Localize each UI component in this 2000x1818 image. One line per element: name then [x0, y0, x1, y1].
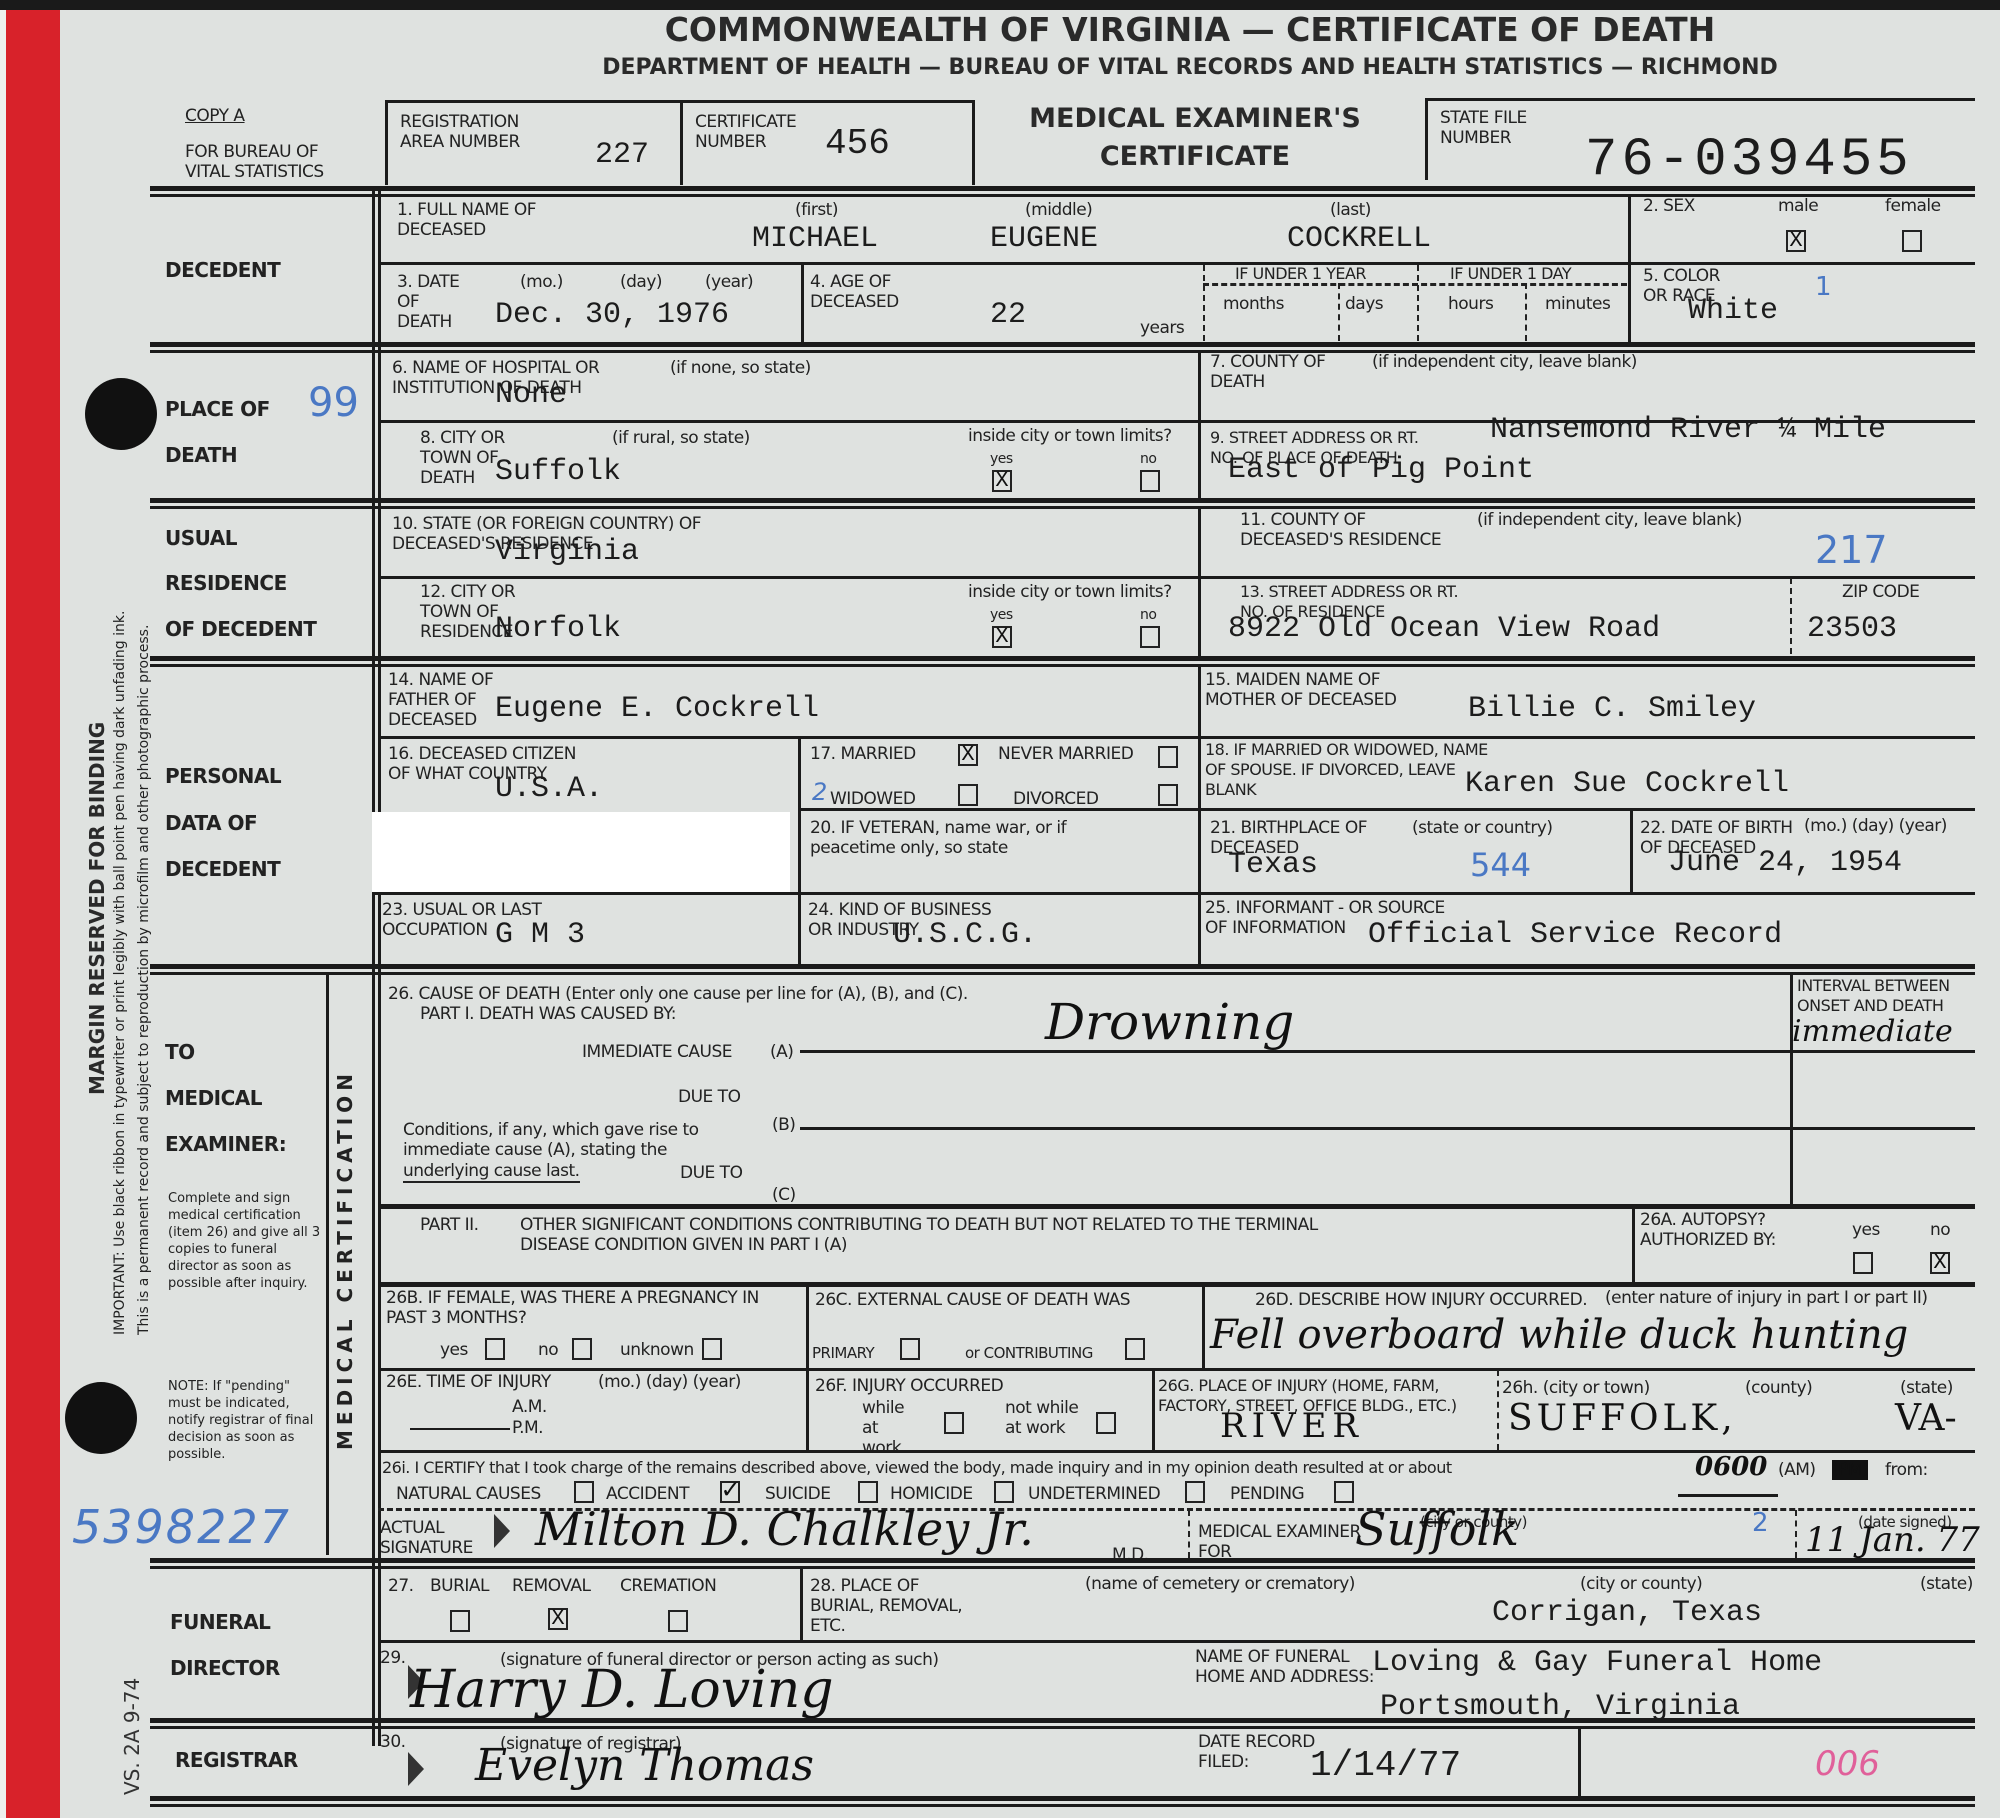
- dob-value: June 24, 1954: [1668, 846, 1902, 880]
- days-label: days: [1345, 294, 1383, 314]
- registrar-stamp: 006: [1815, 1744, 1880, 1784]
- describe-injury-label: 26d. DESCRIBE HOW INJURY OCCURRED.: [1255, 1290, 1587, 1310]
- autopsy-yes-label: yes: [1852, 1220, 1880, 1240]
- cemetery-hint: (name of cemetery or crematory): [1085, 1574, 1355, 1594]
- preg-unknown-checkbox[interactable]: [702, 1338, 722, 1360]
- manner-undetermined-checkbox[interactable]: [1185, 1481, 1205, 1503]
- res-inside-yes-checkbox[interactable]: X: [992, 626, 1012, 648]
- inside-no-label: no: [1140, 449, 1156, 469]
- cause-a-value: Drowning: [1045, 993, 1294, 1051]
- manner-accident-checkbox[interactable]: ✓: [720, 1481, 740, 1503]
- not-while-work-label: not while at work: [1005, 1398, 1095, 1438]
- punch-hole-top: [85, 378, 157, 450]
- preg-no-label: no: [538, 1340, 558, 1360]
- location-state-label: (state): [1900, 1378, 1953, 1398]
- certificate-title: COMMONWEALTH OF VIRGINIA — CERTIFICATE O…: [640, 10, 1740, 49]
- first-name: MICHAEL: [752, 222, 878, 256]
- manner-undetermined-label: UNDETERMINED: [1028, 1484, 1160, 1504]
- place-street-line1: Nansemond River ¼ Mile: [1490, 413, 1886, 447]
- dod-day-label: (day): [620, 272, 662, 292]
- immediate-cause-label: IMMEDIATE CAUSE: [582, 1042, 732, 1062]
- residence-county-code: 217: [1815, 528, 1888, 572]
- section-personal-2: DATA OF: [165, 811, 257, 835]
- inside-limits-label: inside city or town limits?: [968, 426, 1172, 446]
- handwritten-number: 5398227: [72, 1500, 291, 1554]
- middle-name: EUGENE: [990, 222, 1098, 256]
- hours-label: hours: [1448, 294, 1493, 314]
- primary-checkbox[interactable]: [900, 1338, 920, 1360]
- place-code: 99: [308, 380, 359, 426]
- registrar-signature: Evelyn Thomas: [475, 1740, 814, 1791]
- pregnancy-label: 26b. IF FEMALE, WAS THERE A PREGNANCY IN…: [386, 1288, 786, 1328]
- place-of-burial-value: Corrigan, Texas: [1492, 1596, 1762, 1630]
- hospital-hint: (if none, so state): [670, 358, 811, 378]
- injury-occurred-label: 26f. INJURY OCCURRED: [815, 1376, 1003, 1396]
- section-funeral-1: FUNERAL: [170, 1610, 270, 1634]
- due-to-label-2: DUE TO: [680, 1163, 742, 1183]
- me-instructions: Complete and sign medical certification …: [168, 1190, 328, 1292]
- residence-county-hint: (if independent city, leave blank): [1477, 510, 1742, 530]
- date-signed-value: 11 Jan. 77: [1805, 1520, 1980, 1560]
- punch-hole-bottom: [65, 1382, 137, 1454]
- signature-label: ACTUAL SIGNATURE: [380, 1518, 460, 1558]
- section-funeral-2: DIRECTOR: [170, 1656, 280, 1680]
- manner-pending-checkbox[interactable]: [1334, 1481, 1354, 1503]
- redacted-block: [372, 812, 790, 894]
- manner-natural-checkbox[interactable]: [574, 1481, 594, 1503]
- not-while-work-checkbox[interactable]: [1096, 1412, 1116, 1434]
- residence-street-value: 8922 Old Ocean View Road: [1228, 612, 1660, 646]
- manner-natural-label: NATURAL CAUSES: [396, 1484, 541, 1504]
- race-code: 1: [1815, 272, 1832, 302]
- section-to-me-2: MEDICAL: [165, 1086, 262, 1110]
- divorced-checkbox[interactable]: [1158, 784, 1178, 806]
- autopsy-yes-checkbox[interactable]: [1853, 1252, 1873, 1274]
- years-label: years: [1140, 318, 1184, 338]
- section-personal-3: DECEDENT: [165, 857, 280, 881]
- never-married-checkbox[interactable]: [1158, 746, 1178, 768]
- autopsy-no-label: no: [1930, 1220, 1950, 1240]
- preg-unknown-label: unknown: [620, 1340, 694, 1360]
- important-note-2: This is a permanent record and subject t…: [136, 625, 153, 1335]
- city-of-death-value: Suffolk: [495, 455, 621, 489]
- dod-year-label: (year): [705, 272, 753, 292]
- part1-label: PART I. DEATH WAS CAUSED BY:: [420, 1004, 676, 1024]
- binding-red-strip: [6, 10, 60, 1818]
- registrar-arrow-icon: [408, 1752, 424, 1786]
- inside-yes-label: yes: [990, 449, 1013, 469]
- birthplace-value: Texas: [1228, 848, 1318, 882]
- res-inside-no-label: no: [1140, 605, 1156, 625]
- dob-hint: (mo.) (day) (year): [1804, 816, 1947, 836]
- cremation-label: CREMATION: [620, 1576, 716, 1596]
- part2-text: OTHER SIGNIFICANT CONDITIONS CONTRIBUTIN…: [520, 1215, 1350, 1255]
- res-inside-limits-label: inside city or town limits?: [968, 582, 1172, 602]
- certificate-type: MEDICAL EXAMINER'S CERTIFICATE: [1010, 100, 1380, 176]
- sex-label: 2. SEX: [1643, 196, 1695, 216]
- residence-county-label: 11. COUNTY OF DECEASED'S RESIDENCE: [1240, 510, 1470, 550]
- cremation-checkbox[interactable]: [668, 1610, 688, 1632]
- location-county-label: (county): [1745, 1378, 1812, 1398]
- cause-a-label: (A): [770, 1042, 793, 1062]
- manner-homicide-label: HOMICIDE: [890, 1484, 973, 1504]
- section-decedent: DECEDENT: [165, 258, 280, 282]
- hospital-value: None: [495, 378, 567, 412]
- section-residence-1: USUAL: [165, 526, 237, 550]
- due-to-label-1: DUE TO: [678, 1087, 740, 1107]
- under-day-label: IF UNDER 1 DAY: [1450, 264, 1571, 284]
- certify-text: 26i. I CERTIFY that I took charge of the…: [382, 1458, 1672, 1478]
- registration-area-value: 227: [595, 138, 649, 172]
- section-to-me-3: EXAMINER:: [165, 1132, 286, 1156]
- middle-label: (middle): [1025, 200, 1092, 220]
- place-of-burial-label: 28. PLACE OF BURIAL, REMOVAL, ETC.: [810, 1576, 970, 1636]
- cause-b-label: (B): [772, 1115, 795, 1135]
- state-file-label: STATE FILE NUMBER: [1440, 108, 1550, 148]
- am-label: A.M.: [512, 1397, 547, 1417]
- mother-value: Billie C. Smiley: [1468, 692, 1756, 726]
- death-inside-no-checkbox[interactable]: [1140, 470, 1160, 492]
- county-of-death-label: 7. COUNTY OF DEATH: [1210, 352, 1340, 392]
- manner-accident-label: ACCIDENT: [606, 1484, 689, 1504]
- manner-homicide-checkbox[interactable]: [994, 1481, 1014, 1503]
- from-label: from:: [1885, 1460, 1928, 1480]
- external-cause-label: 26c. EXTERNAL CAUSE OF DEATH WAS: [815, 1290, 1130, 1310]
- widowed-checkbox[interactable]: [958, 784, 978, 806]
- female-label: female: [1885, 196, 1941, 216]
- time-of-injury-hint: (mo.) (day) (year): [598, 1372, 741, 1392]
- examiner-code: 2: [1752, 1508, 1769, 1538]
- time-of-injury-label: 26e. TIME OF INJURY: [386, 1372, 551, 1392]
- burial-city-hint: (city or county): [1580, 1574, 1702, 1594]
- section-personal-1: PERSONAL: [165, 764, 281, 788]
- certificate-number-value: 456: [825, 123, 890, 164]
- contributing-checkbox[interactable]: [1125, 1338, 1145, 1360]
- last-name: COCKRELL: [1287, 222, 1431, 256]
- veteran-label: 20. IF VETERAN, name war, or if peacetim…: [810, 818, 1130, 858]
- res-inside-yes-label: yes: [990, 605, 1013, 625]
- am-marker: (AM): [1778, 1460, 1816, 1480]
- age-value: 22: [990, 298, 1026, 332]
- married-label: 17. MARRIED: [810, 744, 916, 764]
- sex-male-checkbox[interactable]: X: [1786, 230, 1806, 252]
- birthplace-hint: (state or country): [1412, 818, 1553, 838]
- underlying-text: underlying cause last.: [403, 1161, 580, 1183]
- citizen-value: U.S.A.: [495, 772, 603, 806]
- section-residence-2: RESIDENCE: [165, 571, 287, 595]
- pending-note: NOTE: If "pending" must be indicated, no…: [168, 1378, 318, 1463]
- sex-female-checkbox[interactable]: [1902, 230, 1922, 252]
- copy-for-label: FOR BUREAU OF VITAL STATISTICS: [185, 142, 355, 182]
- registration-area-label: REGISTRATION AREA NUMBER: [400, 112, 550, 152]
- age-label: 4. AGE OF DECEASED: [810, 272, 920, 312]
- location-city-label: 26h. (city or town): [1502, 1378, 1650, 1398]
- interval-label: INTERVAL BETWEEN ONSET AND DEATH: [1797, 976, 1977, 1016]
- part2-label: PART II.: [420, 1215, 479, 1235]
- funeral-home-name: Loving & Gay Funeral Home: [1372, 1646, 1822, 1680]
- cause-c-label: (C): [772, 1185, 796, 1205]
- pm-label: P.M.: [512, 1418, 543, 1438]
- preg-yes-label: yes: [440, 1340, 468, 1360]
- burial-checkbox[interactable]: [450, 1610, 470, 1632]
- primary-label: PRIMARY: [812, 1343, 874, 1363]
- male-label: male: [1778, 196, 1818, 216]
- res-inside-no-checkbox[interactable]: [1140, 626, 1160, 648]
- birthplace-code: 544: [1470, 846, 1531, 884]
- pm-marker-struck: (PM): [1832, 1460, 1868, 1480]
- date-filed-value: 1/14/77: [1310, 1745, 1461, 1786]
- zip-label: ZIP CODE: [1842, 582, 1919, 602]
- industry-value: U.S.C.G.: [893, 918, 1037, 952]
- certificate-number-label: CERTIFICATE NUMBER: [695, 112, 805, 152]
- married-checkbox[interactable]: X: [958, 744, 978, 766]
- while-work-label: while at work: [862, 1398, 922, 1458]
- describe-injury-value: Fell overboard while duck hunting: [1210, 1312, 1908, 1358]
- manner-pending-label: PENDING: [1230, 1484, 1304, 1504]
- manner-suicide-checkbox[interactable]: [858, 1481, 878, 1503]
- city-of-death-hint: (if rural, so state): [612, 428, 750, 448]
- registrar-number: 30.: [380, 1732, 406, 1752]
- section-place-of-death-1: PLACE OF: [165, 397, 270, 421]
- spouse-value: Karen Sue Cockrell: [1465, 767, 1789, 801]
- section-to-me-1: TO: [165, 1040, 195, 1064]
- medical-certification-label: MEDICAL CERTIFICATION: [333, 1069, 357, 1450]
- preg-yes-checkbox[interactable]: [485, 1338, 505, 1360]
- examiner-for-label: MEDICAL EXAMINER FOR: [1198, 1522, 1368, 1562]
- spouse-label: 18. IF MARRIED OR WIDOWED, NAME OF SPOUS…: [1205, 740, 1505, 800]
- section-registrar: REGISTRAR: [175, 1748, 298, 1772]
- residence-state-value: Virginia: [495, 535, 639, 569]
- autopsy-no-checkbox[interactable]: X: [1930, 1252, 1950, 1274]
- certificate-subtitle: DEPARTMENT OF HEALTH — BUREAU OF VITAL R…: [560, 55, 1820, 80]
- interval-value: immediate: [1792, 1014, 1953, 1049]
- occupation-value: G M 3: [495, 918, 585, 952]
- removal-checkbox[interactable]: X: [548, 1608, 568, 1630]
- mother-label: 15. MAIDEN NAME OF MOTHER OF DECEASED: [1205, 670, 1425, 710]
- important-note-1: IMPORTANT: Use black ribbon in typewrite…: [112, 611, 129, 1335]
- form-number: VS. 2A 9-74: [120, 1678, 144, 1795]
- section-place-of-death-2: DEATH: [165, 443, 237, 467]
- manner-suicide-label: SUICIDE: [765, 1484, 830, 1504]
- father-value: Eugene E. Cockrell: [495, 692, 819, 726]
- marital-code: 2: [812, 778, 827, 806]
- widowed-label: WIDOWED: [830, 789, 915, 809]
- describe-injury-hint: (enter nature of injury in part I or par…: [1605, 1288, 1928, 1308]
- first-label: (first): [795, 200, 838, 220]
- location-city-value: SUFFOLK,: [1508, 1398, 1737, 1439]
- residence-city-value: Norfolk: [495, 612, 621, 646]
- director-signature: Harry D. Loving: [410, 1660, 834, 1720]
- cause-label: 26. CAUSE OF DEATH (Enter only one cause…: [388, 984, 968, 1004]
- full-name-label: 1. FULL NAME OF DECEASED: [397, 200, 547, 240]
- while-work-checkbox[interactable]: [944, 1412, 964, 1434]
- date-of-death-value: Dec. 30, 1976: [495, 298, 729, 332]
- autopsy-label: 26a. AUTOPSY? AUTHORIZED BY:: [1640, 1210, 1780, 1250]
- copy-label: COPY A: [185, 106, 245, 126]
- place-of-injury-value: RIVER: [1220, 1406, 1364, 1446]
- date-filed-label: DATE RECORD FILED:: [1198, 1732, 1328, 1772]
- me-signature: Milton D. Chalkley Jr.: [535, 1502, 1034, 1556]
- conditions-text: Conditions, if any, which gave rise to i…: [403, 1120, 723, 1160]
- minutes-label: minutes: [1545, 294, 1610, 314]
- under-year-label: IF UNDER 1 YEAR: [1235, 264, 1366, 284]
- director-number: 29.: [380, 1648, 406, 1668]
- never-married-label: NEVER MARRIED: [998, 744, 1133, 764]
- binding-margin-title: MARGIN RESERVED FOR BINDING: [85, 722, 109, 1095]
- race-value: White: [1688, 294, 1778, 328]
- disposition-number: 27.: [388, 1576, 414, 1596]
- date-of-death-label: 3. DATE OF DEATH: [397, 272, 477, 332]
- burial-label: BURIAL: [430, 1576, 489, 1596]
- contributing-label: or CONTRIBUTING: [965, 1343, 1093, 1363]
- months-label: months: [1223, 294, 1284, 314]
- section-residence-3: OF DECEDENT: [165, 617, 316, 641]
- death-inside-yes-checkbox[interactable]: X: [992, 470, 1012, 492]
- burial-state-hint: (state): [1920, 1574, 1973, 1594]
- location-state-value: VA-: [1895, 1398, 1957, 1439]
- removal-label: REMOVAL: [512, 1576, 590, 1596]
- examiner-for-value: Suffolk: [1355, 1502, 1519, 1556]
- signature-arrow-icon: [494, 1514, 510, 1548]
- place-street-line2: East of Pig Point: [1228, 453, 1534, 487]
- informant-value: Official Service Record: [1368, 918, 1782, 952]
- preg-no-checkbox[interactable]: [572, 1338, 592, 1360]
- certify-time: 0600: [1695, 1452, 1767, 1482]
- zip-value: 23503: [1807, 612, 1897, 646]
- last-label: (last): [1330, 200, 1371, 220]
- divorced-label: DIVORCED: [1013, 789, 1098, 809]
- dod-mo-label: (mo.): [520, 272, 563, 292]
- funeral-home-label: NAME OF FUNERAL HOME AND ADDRESS:: [1195, 1647, 1375, 1687]
- state-file-value: 76-039455: [1585, 130, 1913, 191]
- county-of-death-hint: (if independent city, leave blank): [1372, 352, 1637, 372]
